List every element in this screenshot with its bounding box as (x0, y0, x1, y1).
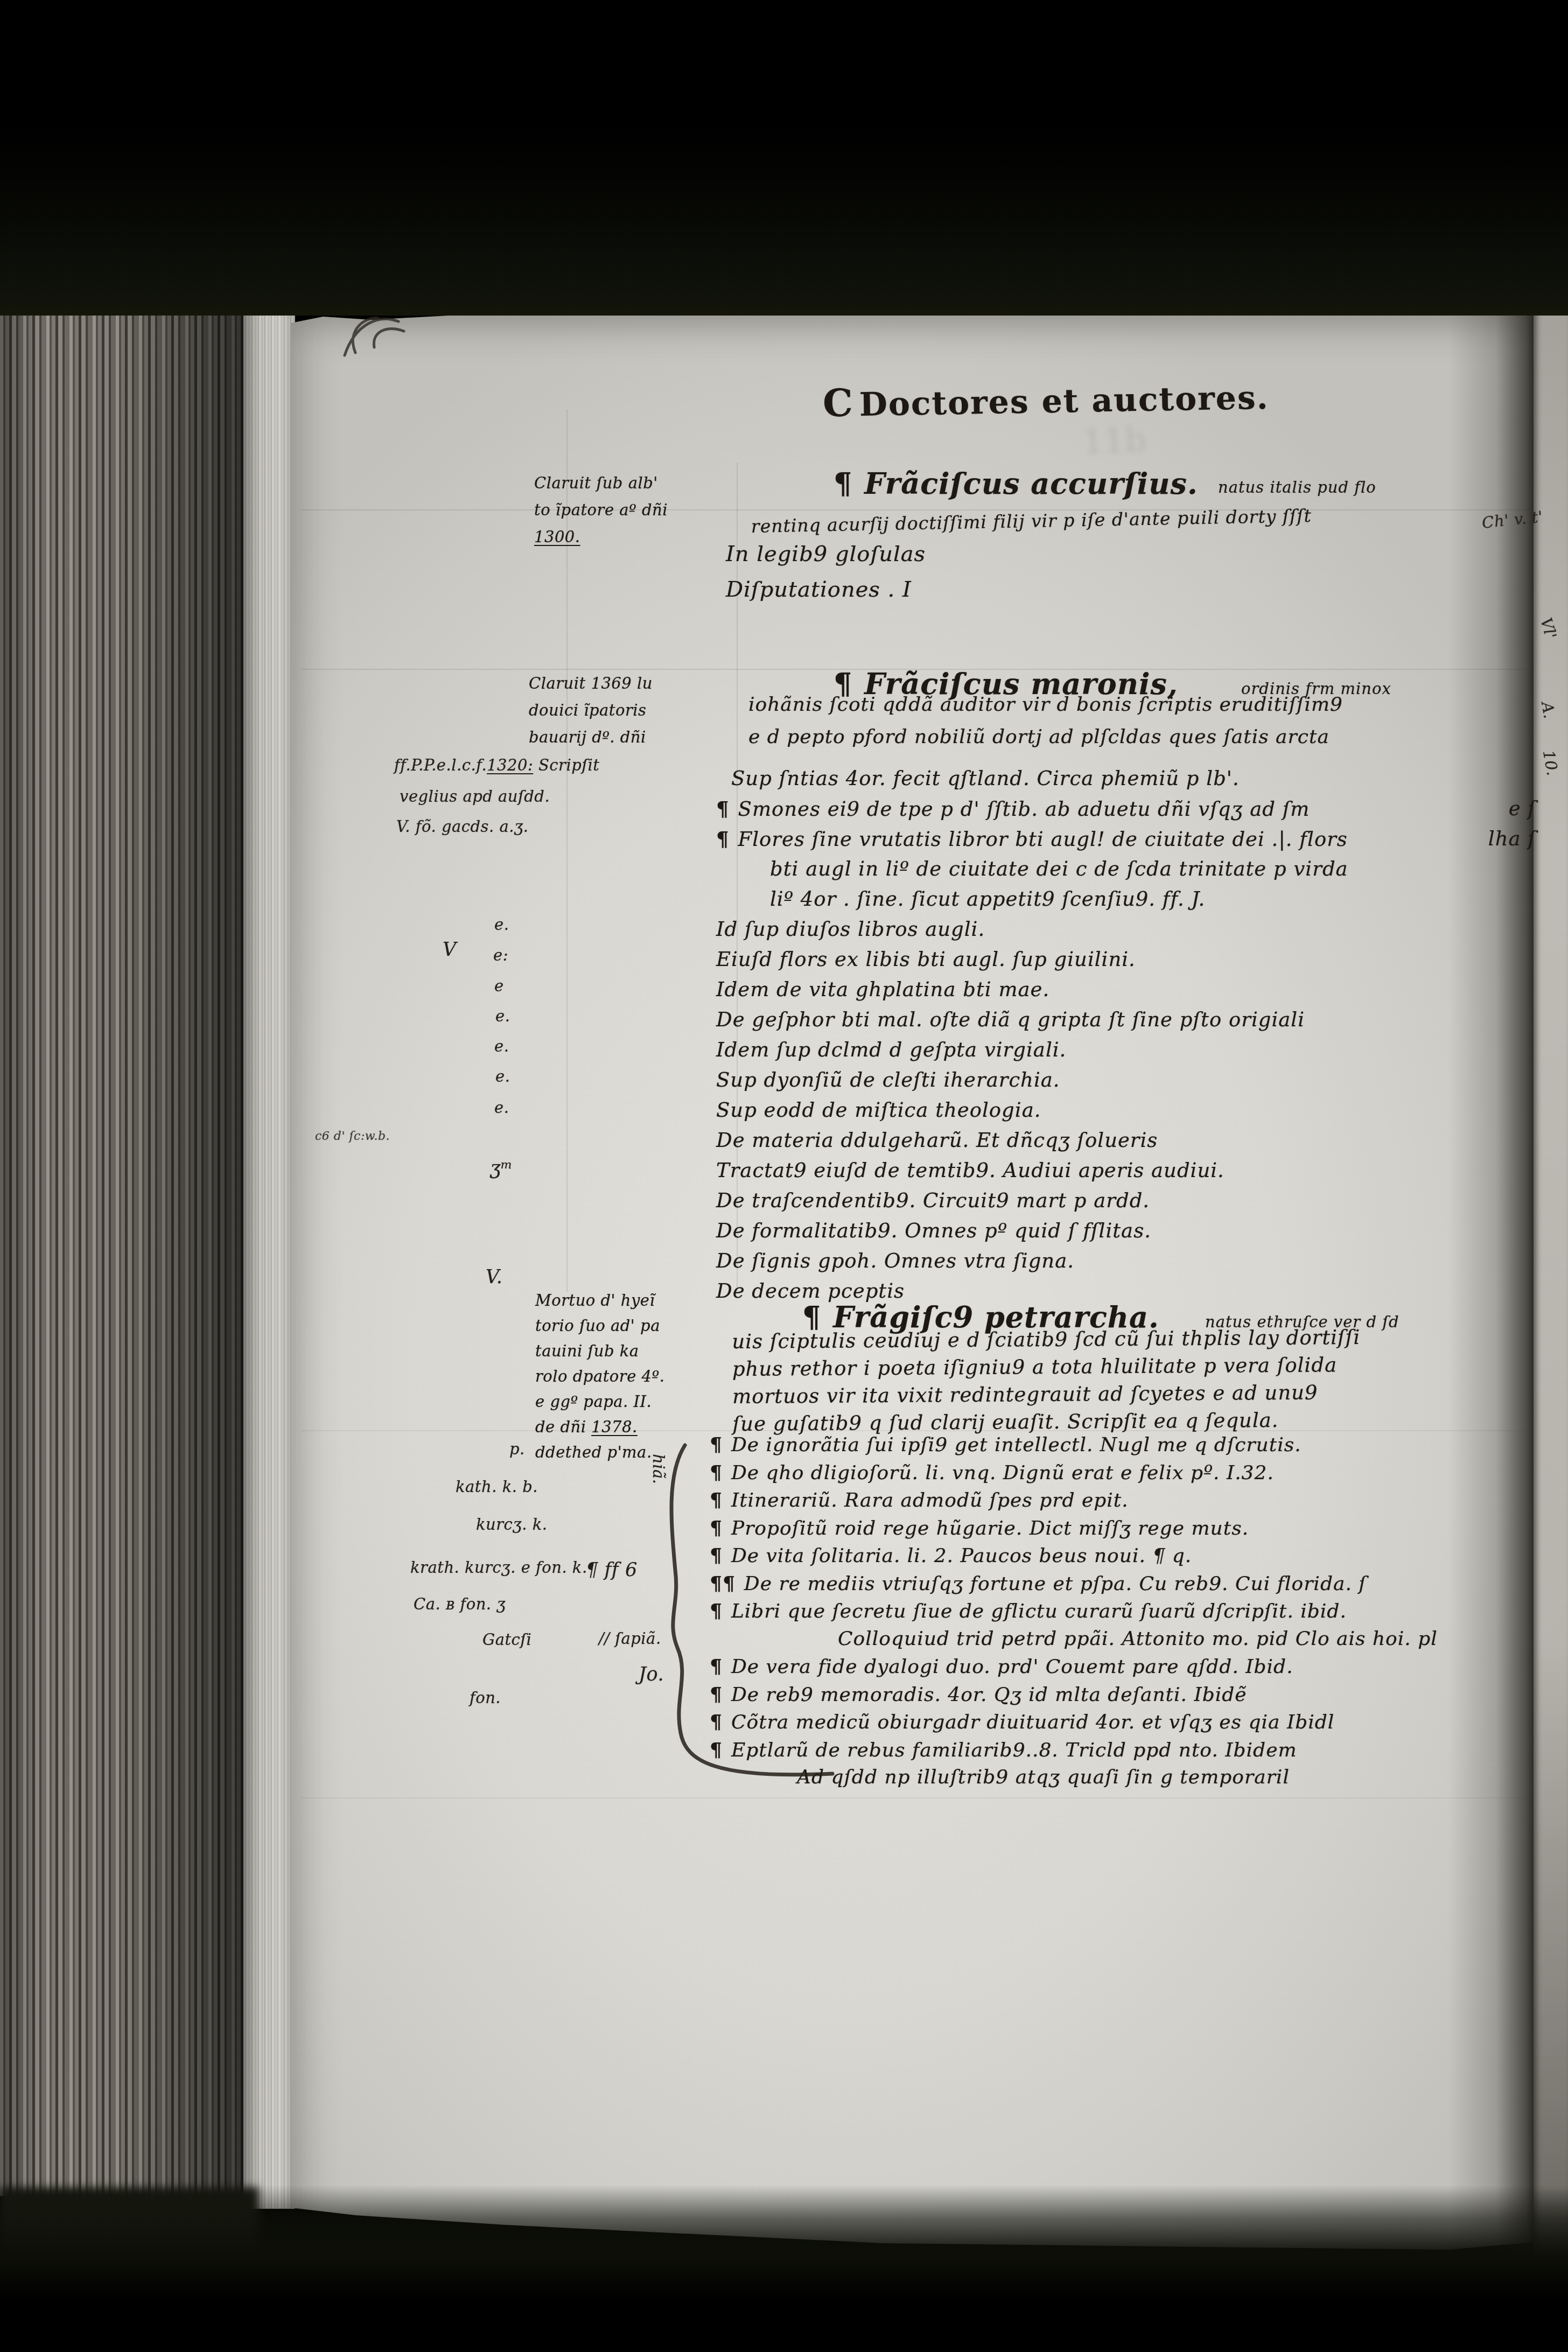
facing-page-fragments: Ch' v. t'Vl'A.10. (0, 0, 1568, 2352)
manuscript-photo: 11b CDoctores et auctores. Claruit ſub a… (0, 0, 1568, 2352)
facing-page-text-fragment: Ch' v. t' (1481, 507, 1544, 532)
page-text: CDoctores et auctores. Claruit ſub alb't… (0, 0, 1568, 2352)
facing-page-text-fragment: 10. (1539, 749, 1562, 778)
facing-page-text-fragment: Vl' (1537, 615, 1560, 641)
photo-black-top (0, 0, 1568, 316)
facing-page-text-fragment: A. (1538, 701, 1559, 720)
photo-black-bottom (0, 2185, 1568, 2352)
